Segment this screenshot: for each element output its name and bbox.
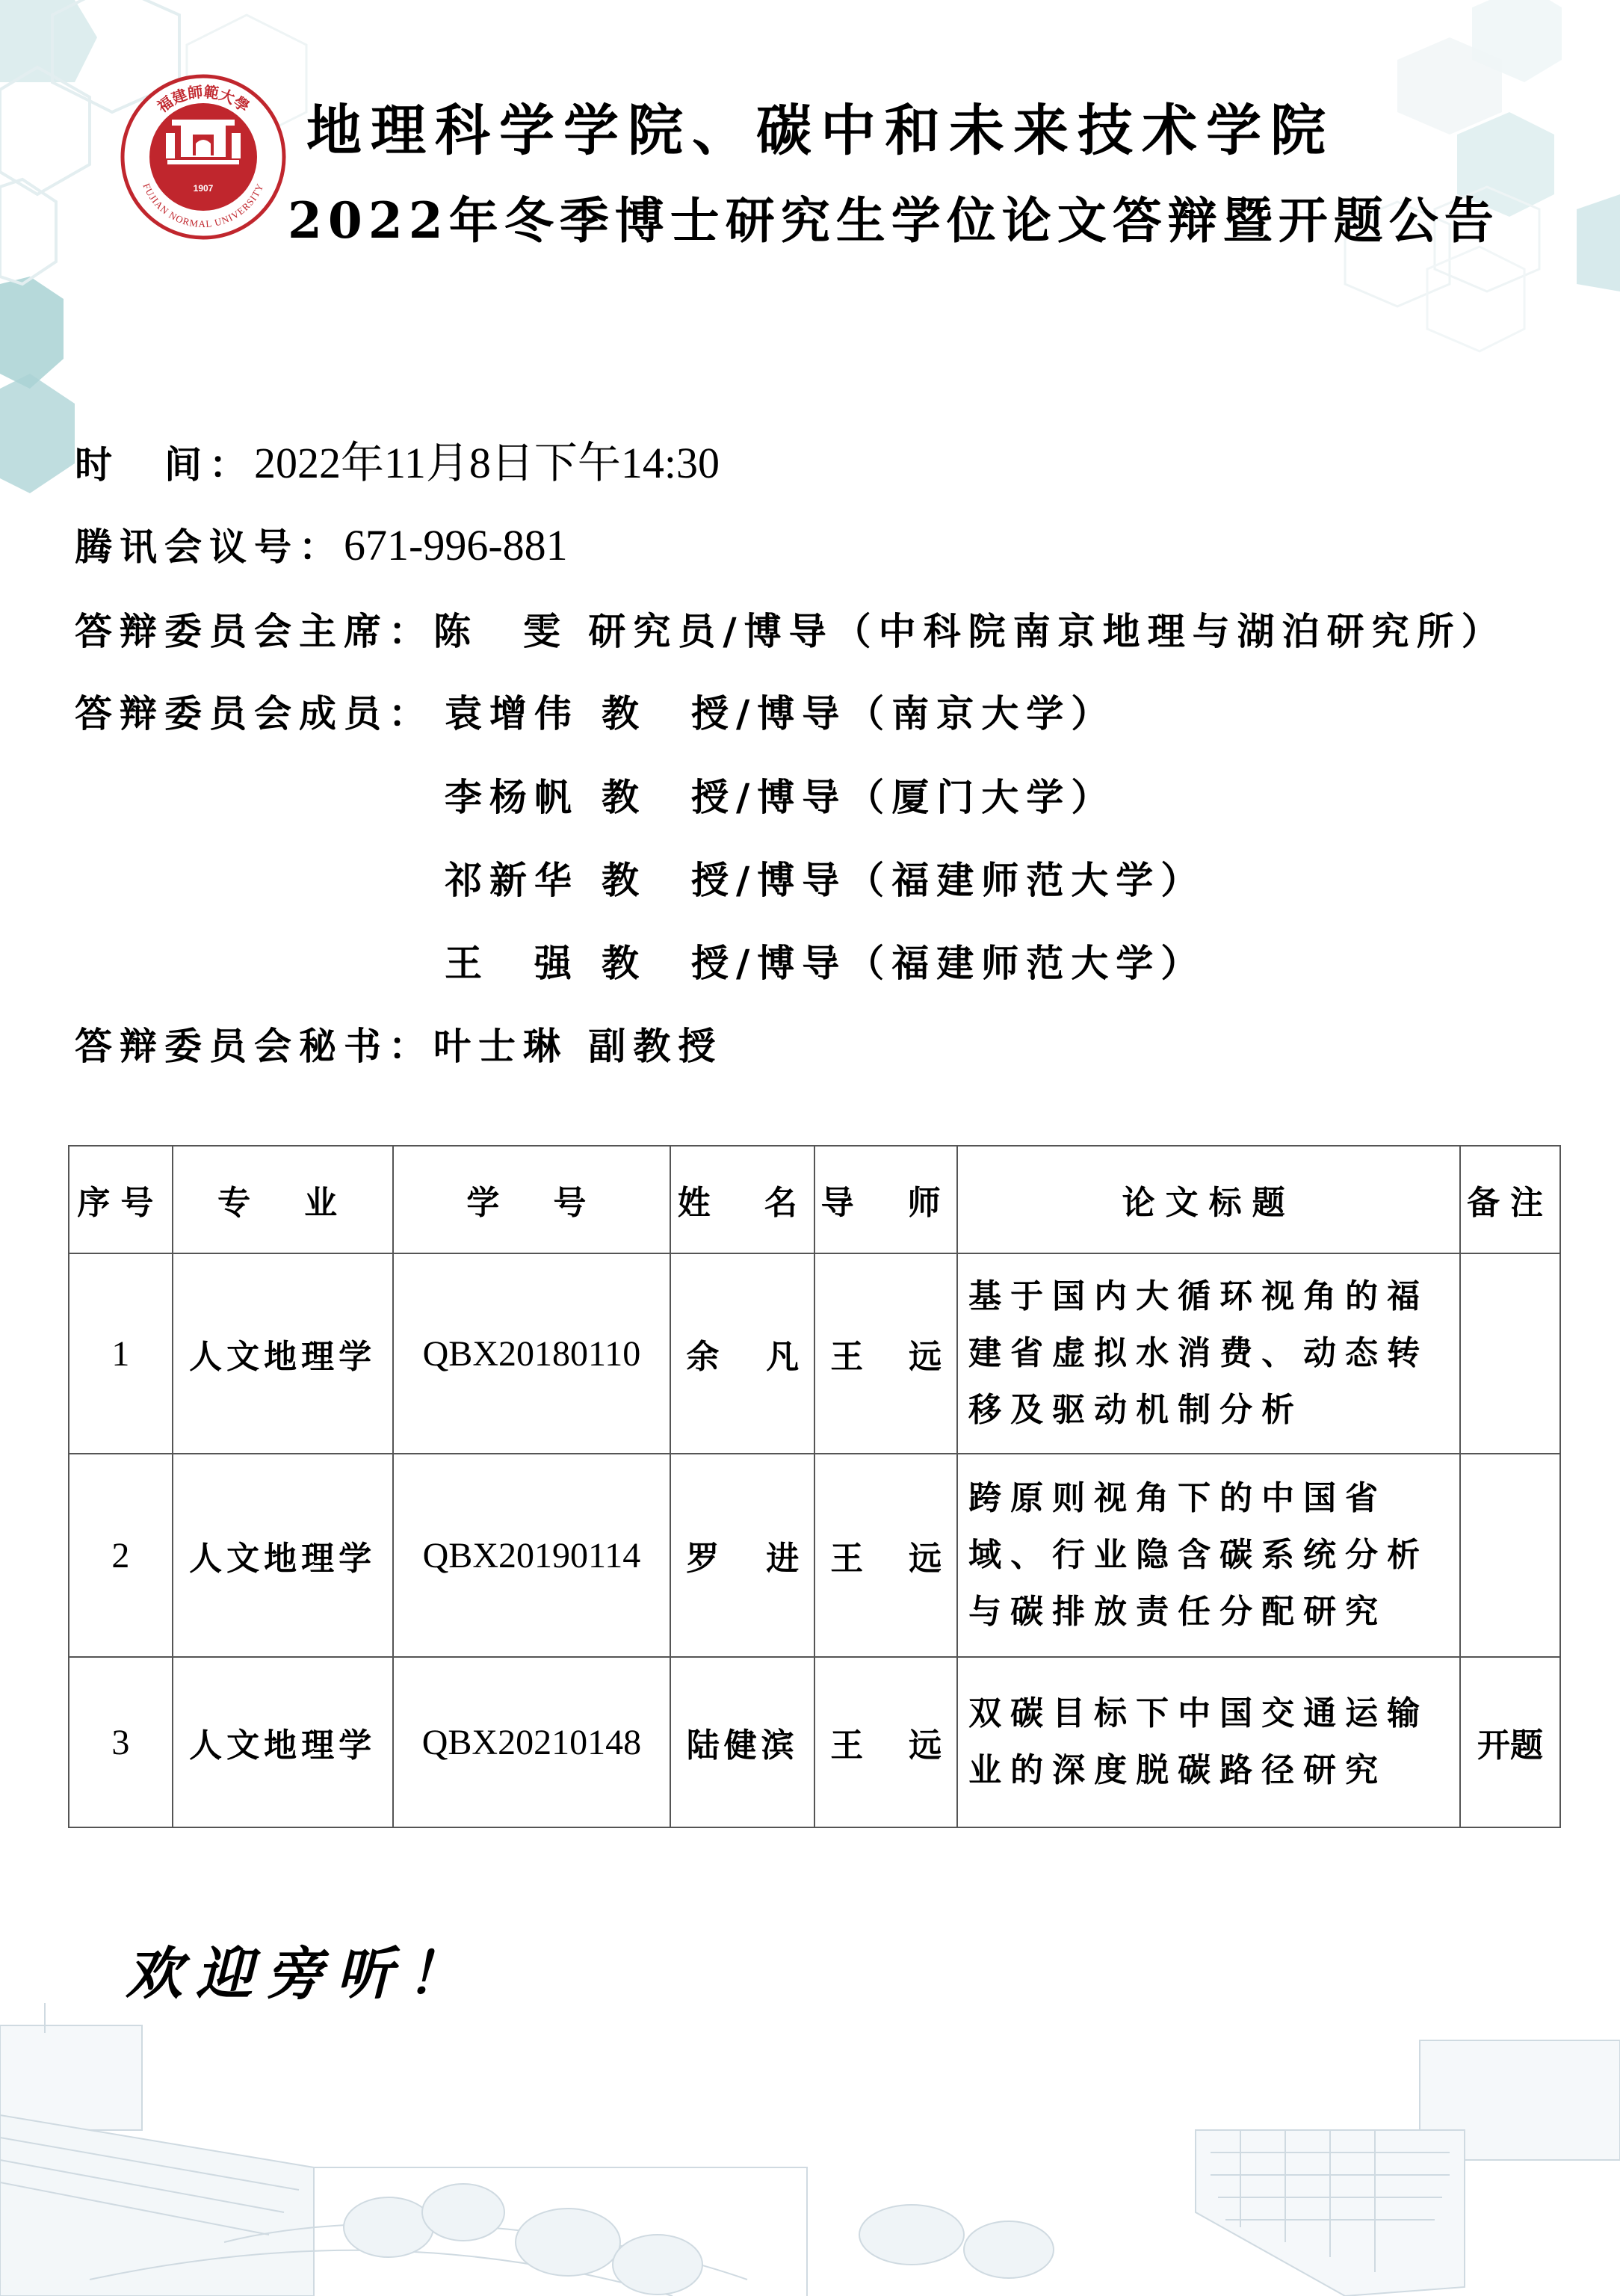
cell-major: 人文地理学 (173, 1253, 393, 1454)
time-line: 时 间：2022年11月8日下午14:30 (75, 437, 720, 491)
member-item: 袁增伟教 授/博导（南京大学） (445, 688, 1116, 740)
svg-text:1907: 1907 (194, 183, 214, 194)
meeting-id[interactable]: 671-996-881 (344, 519, 568, 572)
member-name: 祁新华 (445, 854, 602, 907)
members-label: 答辩委员会成员： (75, 688, 433, 740)
table-row: 1 人文地理学 QBX20180110 余凡 王远 基于国内大循环视角的福建省虚… (69, 1253, 1560, 1454)
cell-thesis-title: 基于国内大循环视角的福建省虚拟水消费、动态转移及驱动机制分析 (957, 1253, 1460, 1454)
cell-seq: 2 (69, 1454, 173, 1657)
column-header-thesis-title: 论文标题 (957, 1146, 1460, 1253)
cell-thesis-title: 跨原则视角下的中国省域、行业隐含碳系统分析与碳排放责任分配研究 (957, 1454, 1460, 1657)
cell-note: 开题 (1460, 1657, 1560, 1827)
campus-sketch-icon (0, 2003, 1620, 2296)
member-title: 教 授/博导（南京大学） (602, 688, 1116, 740)
table-row: 2 人文地理学 QBX20190114 罗进 王远 跨原则视角下的中国省域、行业… (69, 1454, 1560, 1657)
cell-advisor: 王远 (814, 1253, 957, 1454)
secretary-line: 答辩委员会秘书：叶士琳 副教授 (75, 1020, 723, 1073)
member-title: 教 授/博导（福建师范大学） (602, 937, 1205, 990)
cell-note (1460, 1253, 1560, 1454)
cell-major: 人文地理学 (173, 1657, 393, 1827)
page-subtitle: 2022年冬季博士研究生学位论文答辩暨开题公告 (288, 187, 1483, 254)
cell-name: 余凡 (670, 1253, 814, 1454)
table-row: 3 人文地理学 QBX20210148 陆健滨 王远 双碳目标下中国交通运输业的… (69, 1657, 1560, 1827)
cell-thesis-title: 双碳目标下中国交通运输业的深度脱碳路径研究 (957, 1657, 1460, 1827)
column-header-student-id: 学 号 (393, 1146, 671, 1253)
time-value: 2022年11月8日下午14:30 (254, 437, 720, 490)
member-title: 教 授/博导（福建师范大学） (602, 854, 1205, 907)
cell-seq: 1 (69, 1253, 173, 1454)
university-logo: 1907 福建師範大學 FUJIAN NORMAL UNIVERSITY (120, 73, 287, 241)
table-header-row: 序号 专 业 学 号 姓 名 导 师 论文标题 备注 (69, 1146, 1560, 1253)
time-label: 时 间： (75, 439, 254, 491)
column-header-note: 备注 (1460, 1146, 1560, 1253)
secretary-value: 叶士琳 副教授 (433, 1020, 723, 1073)
secretary-label: 答辩委员会秘书： (75, 1020, 433, 1073)
cell-name: 罗进 (670, 1454, 814, 1657)
welcome-message: 欢迎旁听！ (126, 1928, 477, 2010)
chair-line: 答辩委员会主席：陈 雯 研究员/博导（中科院南京地理与湖泊研究所） (75, 605, 1506, 658)
member-item: 祁新华教 授/博导（福建师范大学） (445, 854, 1205, 907)
cell-student-id: QBX20210148 (393, 1657, 671, 1827)
column-header-advisor: 导 师 (814, 1146, 957, 1253)
meeting-label: 腾讯会议号： (75, 521, 344, 573)
cell-student-id: QBX20190114 (393, 1454, 671, 1657)
column-header-name: 姓 名 (670, 1146, 814, 1253)
cell-student-id: QBX20180110 (393, 1253, 671, 1454)
member-item: 李杨帆教 授/博导（厦门大学） (445, 771, 1116, 824)
member-title: 教 授/博导（厦门大学） (602, 771, 1116, 824)
cell-seq: 3 (69, 1657, 173, 1827)
member-name: 王 强 (445, 937, 602, 990)
page-title: 地理科学学院、碳中和未来技术学院 (306, 97, 1457, 164)
cell-note (1460, 1454, 1560, 1657)
members-label-line: 答辩委员会成员： (75, 688, 433, 740)
defense-schedule-table: 序号 专 业 学 号 姓 名 导 师 论文标题 备注 1 人文地理学 QBX20… (68, 1145, 1561, 1828)
member-name: 袁增伟 (445, 688, 602, 740)
chair-value: 陈 雯 研究员/博导（中科院南京地理与湖泊研究所） (433, 605, 1506, 658)
column-header-major: 专 业 (173, 1146, 393, 1253)
cell-name: 陆健滨 (670, 1657, 814, 1827)
meeting-line: 腾讯会议号：671-996-881 (75, 519, 568, 573)
chair-label: 答辩委员会主席： (75, 605, 433, 658)
cell-advisor: 王远 (814, 1454, 957, 1657)
cell-major: 人文地理学 (173, 1454, 393, 1657)
column-header-seq: 序号 (69, 1146, 173, 1253)
member-name: 李杨帆 (445, 771, 602, 824)
cell-advisor: 王远 (814, 1657, 957, 1827)
member-item: 王 强教 授/博导（福建师范大学） (445, 937, 1205, 990)
